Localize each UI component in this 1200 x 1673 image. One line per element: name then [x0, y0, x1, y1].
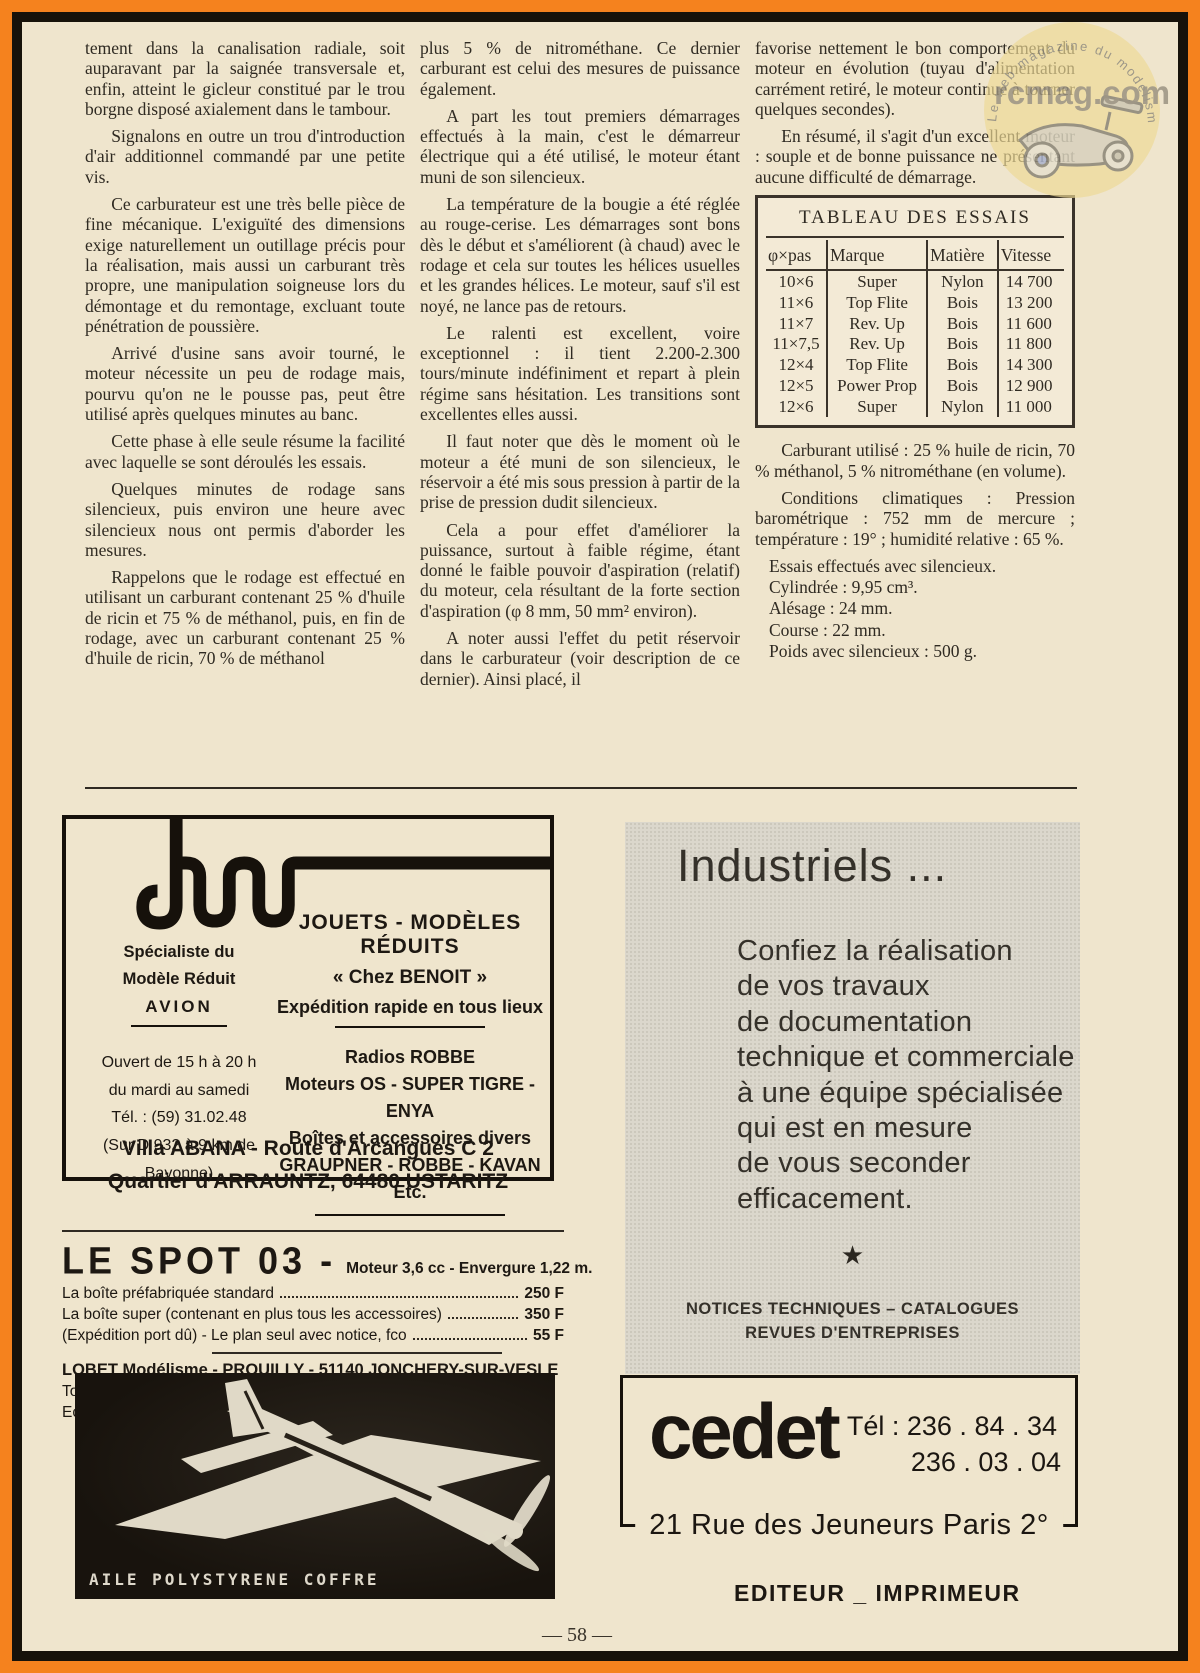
column-header: φ×pas — [766, 240, 827, 270]
underline-rule — [315, 1214, 505, 1216]
underline-rule — [131, 1025, 227, 1027]
specialist-line: Spécialiste du — [84, 939, 274, 966]
table-row: 10×6SuperNylon14 700 — [766, 270, 1064, 292]
table-row: 12×4Top FliteBois14 300 — [766, 355, 1064, 376]
rule — [62, 1230, 564, 1232]
price: 55 F — [533, 1327, 564, 1345]
airplane-illustration — [75, 1373, 555, 1599]
table-row: 12×5Power PropBois12 900 — [766, 376, 1064, 397]
article-column-1: tement dans la canalisation radiale, soi… — [85, 38, 405, 696]
price-line: La boîte préfabriquée standard250 F — [62, 1285, 564, 1303]
spec-line: Essais effectués avec silencieux. — [769, 556, 1075, 576]
magazine-page: tement dans la canalisation radiale, soi… — [0, 0, 1200, 1673]
price-line: (Expédition port dû) - Le plan seul avec… — [62, 1327, 564, 1345]
paragraph: A noter aussi l'effet du petit réservoir… — [420, 628, 740, 689]
specialist-line: AVION — [84, 997, 274, 1017]
spec-line: Cylindrée : 9,95 cm³. — [769, 577, 1075, 597]
dot-leader — [448, 1317, 518, 1319]
price-line: La boîte super (contenant en plus tous l… — [62, 1306, 564, 1324]
ad-industriels: Industriels ... Confiez la réalisation d… — [625, 822, 1080, 1374]
star-icon: ★ — [625, 1240, 1080, 1271]
rule — [212, 1352, 502, 1354]
photo-caption: AILE POLYSTYRENE COFFRE — [89, 1570, 380, 1589]
table-row: 11×7,5Rev. UpBois11 800 — [766, 334, 1064, 355]
spot-title: LE SPOT 03 - — [62, 1239, 336, 1283]
imprint-line: EDITEUR _ IMPRIMEUR — [734, 1580, 1021, 1607]
ad-subtitle: « Chez BENOIT » — [271, 967, 549, 989]
dot-leader — [413, 1338, 527, 1340]
spec-line: Poids avec silencieux : 500 g. — [769, 641, 1075, 661]
paragraph: A part les tout premiers démarrages effe… — [420, 106, 740, 187]
paragraph: Ce carburateur est une très belle pièce … — [85, 194, 405, 336]
table-header-row: φ×pas Marque Matière Vitesse — [766, 240, 1064, 270]
paragraph: Cette phase à elle seule résume la facil… — [85, 431, 405, 472]
ad-tagline: Expédition rapide en tous lieux — [271, 997, 549, 1018]
underline-rule — [335, 1026, 485, 1028]
cedet-address: 21 Rue des Jeuneurs Paris 2° — [635, 1509, 1063, 1542]
paragraph: Carburant utilisé : 25 % huile de ricin,… — [755, 440, 1075, 481]
dot-leader — [280, 1296, 518, 1298]
watermark-site-text: rcmag.com — [994, 74, 1170, 112]
cedet-logo: cedet — [649, 1392, 838, 1470]
paragraph: Rappelons que le rodage est effectué en … — [85, 567, 405, 668]
spec-line: Course : 22 mm. — [769, 620, 1075, 640]
paragraph: Il faut noter que dès le moment où le mo… — [420, 431, 740, 512]
price: 250 F — [524, 1285, 564, 1303]
industriels-title: Industriels ... — [677, 840, 947, 892]
column-header: Marque — [827, 240, 927, 270]
rcmag-watermark-badge: Le web magazine du modelisme rcmag.com — [984, 22, 1160, 198]
specialist-line: Modèle Réduit — [84, 966, 274, 993]
price: 350 F — [524, 1306, 564, 1324]
magazine-paper: tement dans la canalisation radiale, soi… — [12, 12, 1188, 1661]
paragraph: plus 5 % de nitrométhane. Ce dernier car… — [420, 38, 740, 99]
paragraph: Conditions climatiques : Pression baromé… — [755, 488, 1075, 549]
benoit-address: Villa ABANA - Route d'Arcangues C 2 Quar… — [66, 1133, 550, 1198]
spec-line: Alésage : 24 mm. — [769, 598, 1075, 618]
table-row: 11×6Top FliteBois13 200 — [766, 292, 1064, 313]
industriels-footer-line: NOTICES TECHNIQUES – CATALOGUES — [625, 1300, 1080, 1319]
column-header: Matière — [927, 240, 998, 270]
test-results-table: TABLEAU DES ESSAIS φ×pas Marque Matière … — [755, 195, 1075, 428]
section-divider-rule — [85, 787, 1077, 789]
paragraph: tement dans la canalisation radiale, soi… — [85, 38, 405, 119]
paragraph: La température de la bougie a été réglée… — [420, 194, 740, 316]
page-number: — 58 — — [477, 1624, 677, 1647]
table-row: 12×6SuperNylon11 000 — [766, 396, 1064, 417]
industriels-body: Confiez la réalisation de vos travaux de… — [737, 934, 1075, 1217]
article: tement dans la canalisation radiale, soi… — [85, 38, 1075, 696]
table-title: TABLEAU DES ESSAIS — [766, 205, 1064, 238]
paragraph: Arrivé d'usine sans avoir tourné, le mot… — [85, 343, 405, 424]
model-airplane-photo: AILE POLYSTYRENE COFFRE — [75, 1373, 555, 1599]
article-column-2: plus 5 % de nitrométhane. Ce dernier car… — [420, 38, 740, 696]
industriels-footer-line: REVUES D'ENTREPRISES — [625, 1324, 1080, 1343]
column-header: Vitesse — [998, 240, 1064, 270]
paragraph: Signalons en outre un trou d'introductio… — [85, 126, 405, 187]
cedet-phones: Tél : 236 . 84 . 34 236 . 03 . 04 — [847, 1408, 1061, 1481]
ad-chez-benoit: Spécialiste du Modèle Réduit AVION Ouver… — [62, 815, 554, 1181]
ad-title: JOUETS - MODÈLES RÉDUITS — [271, 911, 549, 959]
paragraph: Cela a pour effet d'améliorer la puissan… — [420, 520, 740, 621]
table-row: 11×7Rev. UpBois11 600 — [766, 313, 1064, 334]
paragraph: Le ralenti est excellent, voire exceptio… — [420, 323, 740, 424]
ad-cedet: cedet Tél : 236 . 84 . 34 236 . 03 . 04 … — [620, 1375, 1078, 1527]
paragraph: Quelques minutes de rodage sans silencie… — [85, 479, 405, 560]
spot-subtitle: Moteur 3,6 cc - Envergure 1,22 m. — [346, 1260, 592, 1278]
